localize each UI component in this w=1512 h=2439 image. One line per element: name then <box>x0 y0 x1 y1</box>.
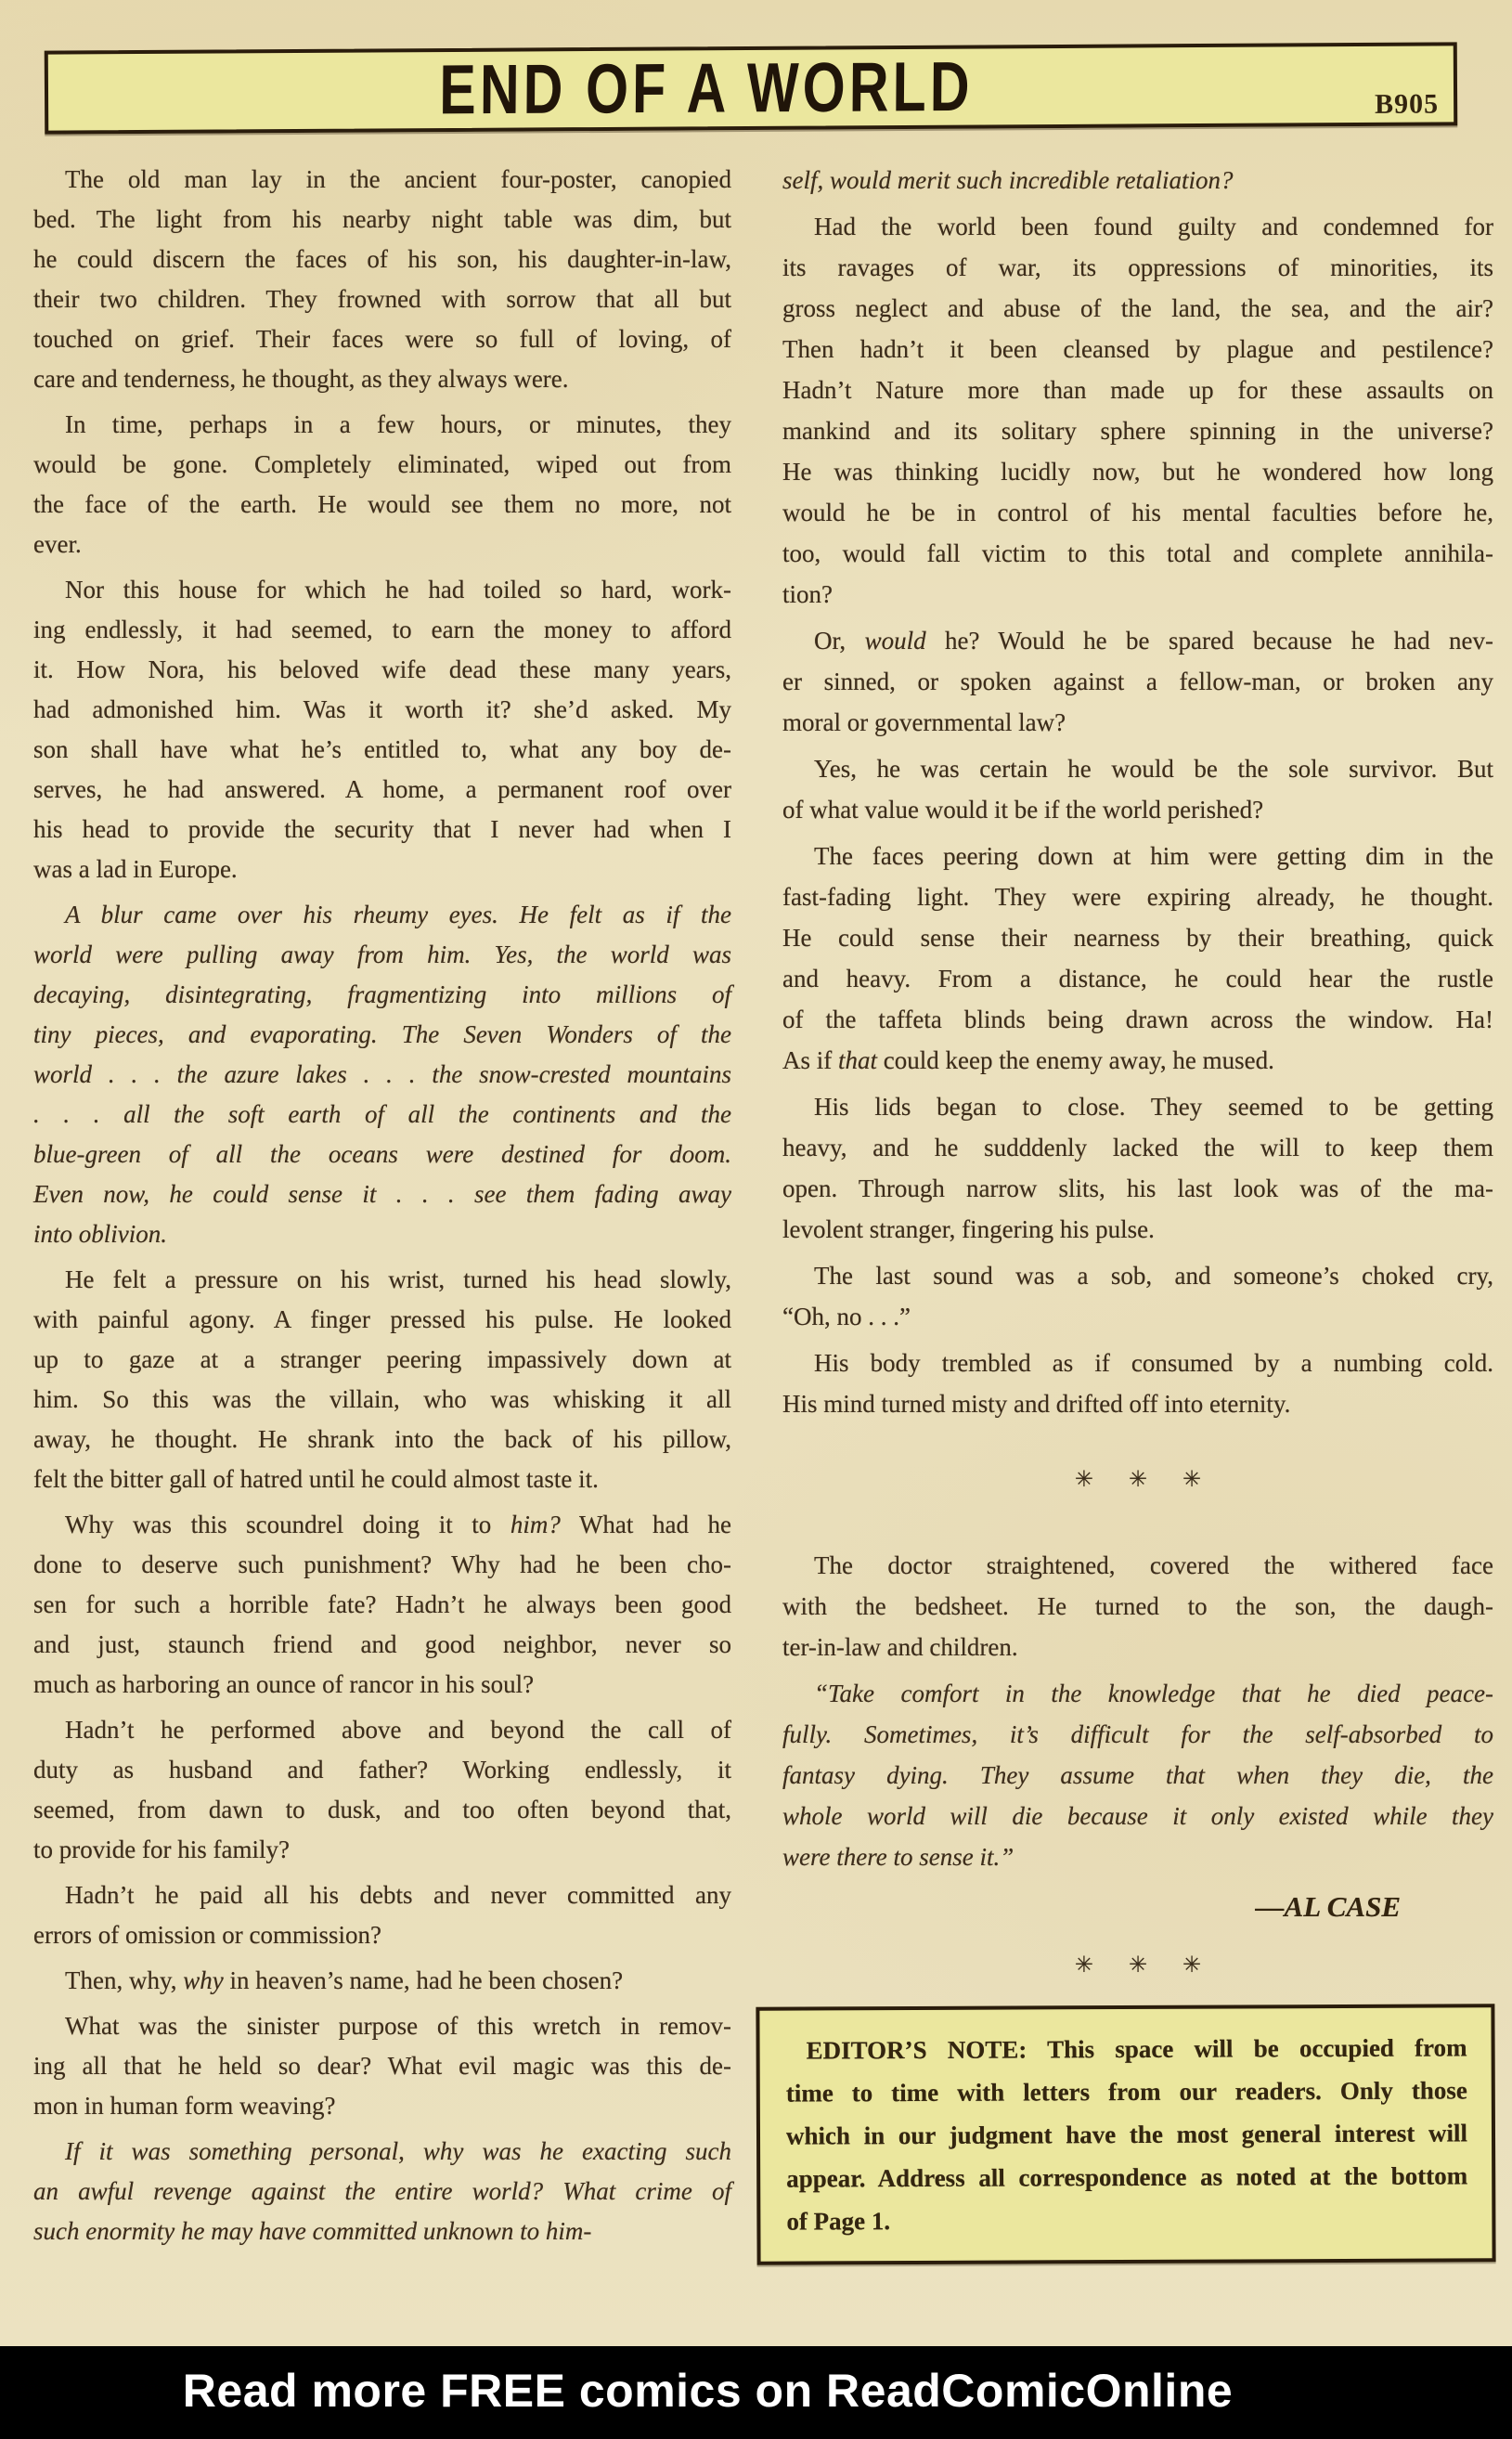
text-line: Hadn’t Nature more than made up for thes… <box>782 370 1493 410</box>
editors-note-line: time to time with letters from our reade… <box>786 2069 1467 2114</box>
text-line: him. So this was the villain, who was wh… <box>33 1380 731 1420</box>
text-line: felt the bitter gall of hatred until he … <box>33 1460 731 1499</box>
story-paragraph: self, would merit such incredible retali… <box>782 160 1493 201</box>
story-paragraph: The faces peering down at him were getti… <box>782 836 1493 1081</box>
story-paragraph: Hadn’t he performed above and beyond the… <box>33 1710 731 1870</box>
text-line: He was thinking lucidly now, but he wond… <box>782 451 1493 492</box>
text-line: gross neglect and abuse of the land, the… <box>782 288 1493 329</box>
text-line: He could sense their nearness by their b… <box>782 917 1493 958</box>
story-paragraph: Then, why, why in heaven’s name, had he … <box>33 1961 731 2001</box>
text-line: The faces peering down at him were getti… <box>782 836 1493 876</box>
text-line: serves, he had answered. A home, a perma… <box>33 770 731 810</box>
text-line: he could discern the faces of his son, h… <box>33 240 731 279</box>
text-line: “Oh, no . . .” <box>782 1296 1493 1337</box>
text-line: ing endlessly, it had seemed, to earn th… <box>33 610 731 650</box>
story-paragraph: Why was this scoundrel doing it to him? … <box>33 1505 731 1705</box>
editors-note-line: EDITOR’S NOTE: This space will be occupi… <box>786 2026 1467 2071</box>
story-paragraph: The doctor straightened, covered the wit… <box>782 1545 1493 1667</box>
text-line: had admonished him. Was it worth it? she… <box>33 690 731 730</box>
text-line: seemed, from dawn to dusk, and too often… <box>33 1790 731 1830</box>
text-line: . . . all the soft earth of all the cont… <box>33 1095 731 1135</box>
text-line: son shall have what he’s entitled to, wh… <box>33 730 731 770</box>
story-title-banner: END OF A WORLD B905 <box>45 42 1458 134</box>
text-line: errors of omission or commission? <box>33 1915 731 1955</box>
text-line: The old man lay in the ancient four-post… <box>33 160 731 200</box>
text-line: levolent stranger, fingering his pulse. <box>782 1209 1493 1250</box>
text-line: mon in human form weaving? <box>33 2086 731 2126</box>
text-line: Then, why, why in heaven’s name, had he … <box>33 1961 731 2001</box>
text-line: of what value would it be if the world p… <box>782 789 1493 830</box>
text-line: As if that could keep the enemy away, he… <box>782 1040 1493 1081</box>
text-line: Even now, he could sense it . . . see th… <box>33 1174 731 1214</box>
text-line: bed. The light from his nearby night tab… <box>33 200 731 240</box>
text-line: to provide for his family? <box>33 1830 731 1870</box>
text-line: blue-green of all the oceans were destin… <box>33 1135 731 1174</box>
text-line: His mind turned misty and drifted off in… <box>782 1383 1493 1424</box>
text-line: world . . . the azure lakes . . . the sn… <box>33 1055 731 1095</box>
editors-note-line: of Page 1. <box>786 2197 1467 2242</box>
text-line: sen for such a horrible fate? Hadn’t he … <box>33 1585 731 1625</box>
story-paragraph: A blur came over his rheumy eyes. He fel… <box>33 895 731 1254</box>
text-line: What was the sinister purpose of this wr… <box>33 2006 731 2046</box>
text-line: too, would fall victim to this total and… <box>782 533 1493 574</box>
text-line: into oblivion. <box>33 1214 731 1254</box>
text-line: Had the world been found guilty and cond… <box>782 206 1493 247</box>
right-text-column: self, would merit such incredible retali… <box>782 160 1493 2264</box>
text-line: world were pulling away from him. Yes, t… <box>33 935 731 975</box>
text-line: away, he thought. He shrank into the bac… <box>33 1420 731 1460</box>
author-signature: —AL CASE <box>782 1890 1493 1924</box>
section-separator-ornament: ✳ ✳ ✳ <box>782 1466 1493 1494</box>
story-paragraph: Yes, he was certain he would be the sole… <box>782 748 1493 830</box>
text-line: His body trembled as if consumed by a nu… <box>782 1343 1493 1383</box>
text-line: and just, staunch friend and good neighb… <box>33 1625 731 1665</box>
story-paragraph: His lids began to close. They seemed to … <box>782 1086 1493 1250</box>
text-line: mankind and its solitary sphere spinning… <box>782 410 1493 451</box>
text-line: open. Through narrow slits, his last loo… <box>782 1168 1493 1209</box>
text-line: fast-fading light. They were expiring al… <box>782 876 1493 917</box>
text-line: If it was something personal, why was he… <box>33 2132 731 2172</box>
text-line: er sinned, or spoken against a fellow-ma… <box>782 661 1493 702</box>
story-paragraph: Nor this house for which he had toiled s… <box>33 570 731 889</box>
page-code: B905 <box>1375 88 1439 120</box>
text-line: up to gaze at a stranger peering impassi… <box>33 1340 731 1380</box>
text-line: was a lad in Europe. <box>33 850 731 889</box>
text-line: fantasy dying. They assume that when the… <box>782 1755 1493 1796</box>
text-line: The last sound was a sob, and someone’s … <box>782 1255 1493 1296</box>
story-paragraph: He felt a pressure on his wrist, turned … <box>33 1260 731 1499</box>
text-line: its ravages of war, its oppressions of m… <box>782 247 1493 288</box>
text-line: such enormity he may have committed unkn… <box>33 2212 731 2251</box>
left-text-column: The old man lay in the ancient four-post… <box>33 160 731 2257</box>
section-separator-ornament: ✳ ✳ ✳ <box>782 1952 1493 1979</box>
text-line: it. How Nora, his beloved wife dead thes… <box>33 650 731 690</box>
text-line: A blur came over his rheumy eyes. He fel… <box>33 895 731 935</box>
text-line: Yes, he was certain he would be the sole… <box>782 748 1493 789</box>
text-line: Why was this scoundrel doing it to him? … <box>33 1505 731 1545</box>
text-line: Nor this house for which he had toiled s… <box>33 570 731 610</box>
story-paragraph: Had the world been found guilty and cond… <box>782 206 1493 615</box>
text-line: would he be in control of his mental fac… <box>782 492 1493 533</box>
text-line: In time, perhaps in a few hours, or minu… <box>33 405 731 445</box>
text-line: tion? <box>782 574 1493 615</box>
text-line: His lids began to close. They seemed to … <box>782 1086 1493 1127</box>
text-line: would be gone. Completely eliminated, wi… <box>33 445 731 485</box>
story-paragraph: Or, would he? Would he be spared because… <box>782 620 1493 743</box>
story-paragraph: If it was something personal, why was he… <box>33 2132 731 2251</box>
text-line: “Take comfort in the knowledge that he d… <box>782 1673 1493 1714</box>
text-line: his head to provide the security that I … <box>33 810 731 850</box>
text-line: were there to sense it.” <box>782 1836 1493 1877</box>
story-paragraph: Hadn’t he paid all his debts and never c… <box>33 1875 731 1955</box>
text-line: Or, would he? Would he be spared because… <box>782 620 1493 661</box>
text-line: tiny pieces, and evaporating. The Seven … <box>33 1015 731 1055</box>
text-line: whole world will die because it only exi… <box>782 1796 1493 1836</box>
text-line: their two children. They frowned with so… <box>33 279 731 319</box>
story-title: END OF A WORLD <box>0 44 1423 134</box>
text-line: ing all that he held so dear? What evil … <box>33 2046 731 2086</box>
text-line: ever. <box>33 525 731 564</box>
text-line: with the bedsheet. He turned to the son,… <box>782 1586 1493 1627</box>
text-line: with painful agony. A finger pressed his… <box>33 1300 731 1340</box>
story-paragraph: In time, perhaps in a few hours, or minu… <box>33 405 731 564</box>
text-line: Then hadn’t it been cleansed by plague a… <box>782 329 1493 370</box>
text-line: heavy, and he sudddenly lacked the will … <box>782 1127 1493 1168</box>
story-paragraph: The last sound was a sob, and someone’s … <box>782 1255 1493 1337</box>
text-line: and heavy. From a distance, he could hea… <box>782 958 1493 999</box>
comic-story-page: END OF A WORLD B905 The old man lay in t… <box>0 0 1512 2439</box>
editors-note-line: which in our judgment have the most gene… <box>786 2111 1467 2157</box>
text-line: of the taffeta blinds being drawn across… <box>782 999 1493 1040</box>
text-line: ter-in-law and children. <box>782 1627 1493 1667</box>
text-line: done to deserve such punishment? Why had… <box>33 1545 731 1585</box>
editors-note-line: appear. Address all correspondence as no… <box>786 2154 1467 2199</box>
text-line: the face of the earth. He would see them… <box>33 485 731 525</box>
text-line: much as harboring an ounce of rancor in … <box>33 1665 731 1705</box>
text-line: duty as husband and father? Working endl… <box>33 1750 731 1790</box>
story-paragraph: His body trembled as if consumed by a nu… <box>782 1343 1493 1424</box>
text-line: self, would merit such incredible retali… <box>782 160 1493 201</box>
story-paragraph: “Take comfort in the knowledge that he d… <box>782 1673 1493 1877</box>
text-line: touched on grief. Their faces were so fu… <box>33 319 731 359</box>
text-line: fully. Sometimes, it’s difficult for the… <box>782 1714 1493 1755</box>
text-line: an awful revenge against the entire worl… <box>33 2172 731 2212</box>
footer-text: Read more FREE comics on ReadComicOnline <box>0 2346 1464 2435</box>
text-line: Hadn’t he paid all his debts and never c… <box>33 1875 731 1915</box>
text-line: He felt a pressure on his wrist, turned … <box>33 1260 731 1300</box>
editors-note-box: EDITOR’S NOTE: This space will be occupi… <box>756 2004 1495 2264</box>
story-paragraph: What was the sinister purpose of this wr… <box>33 2006 731 2126</box>
text-line: decaying, disintegrating, fragmentizing … <box>33 975 731 1015</box>
text-line: moral or governmental law? <box>782 702 1493 743</box>
story-paragraph: The old man lay in the ancient four-post… <box>33 160 731 399</box>
text-line: The doctor straightened, covered the wit… <box>782 1545 1493 1586</box>
text-line: care and tenderness, he thought, as they… <box>33 359 731 399</box>
text-line: Hadn’t he performed above and beyond the… <box>33 1710 731 1750</box>
footer-banner: Read more FREE comics on ReadComicOnline <box>0 2346 1512 2439</box>
